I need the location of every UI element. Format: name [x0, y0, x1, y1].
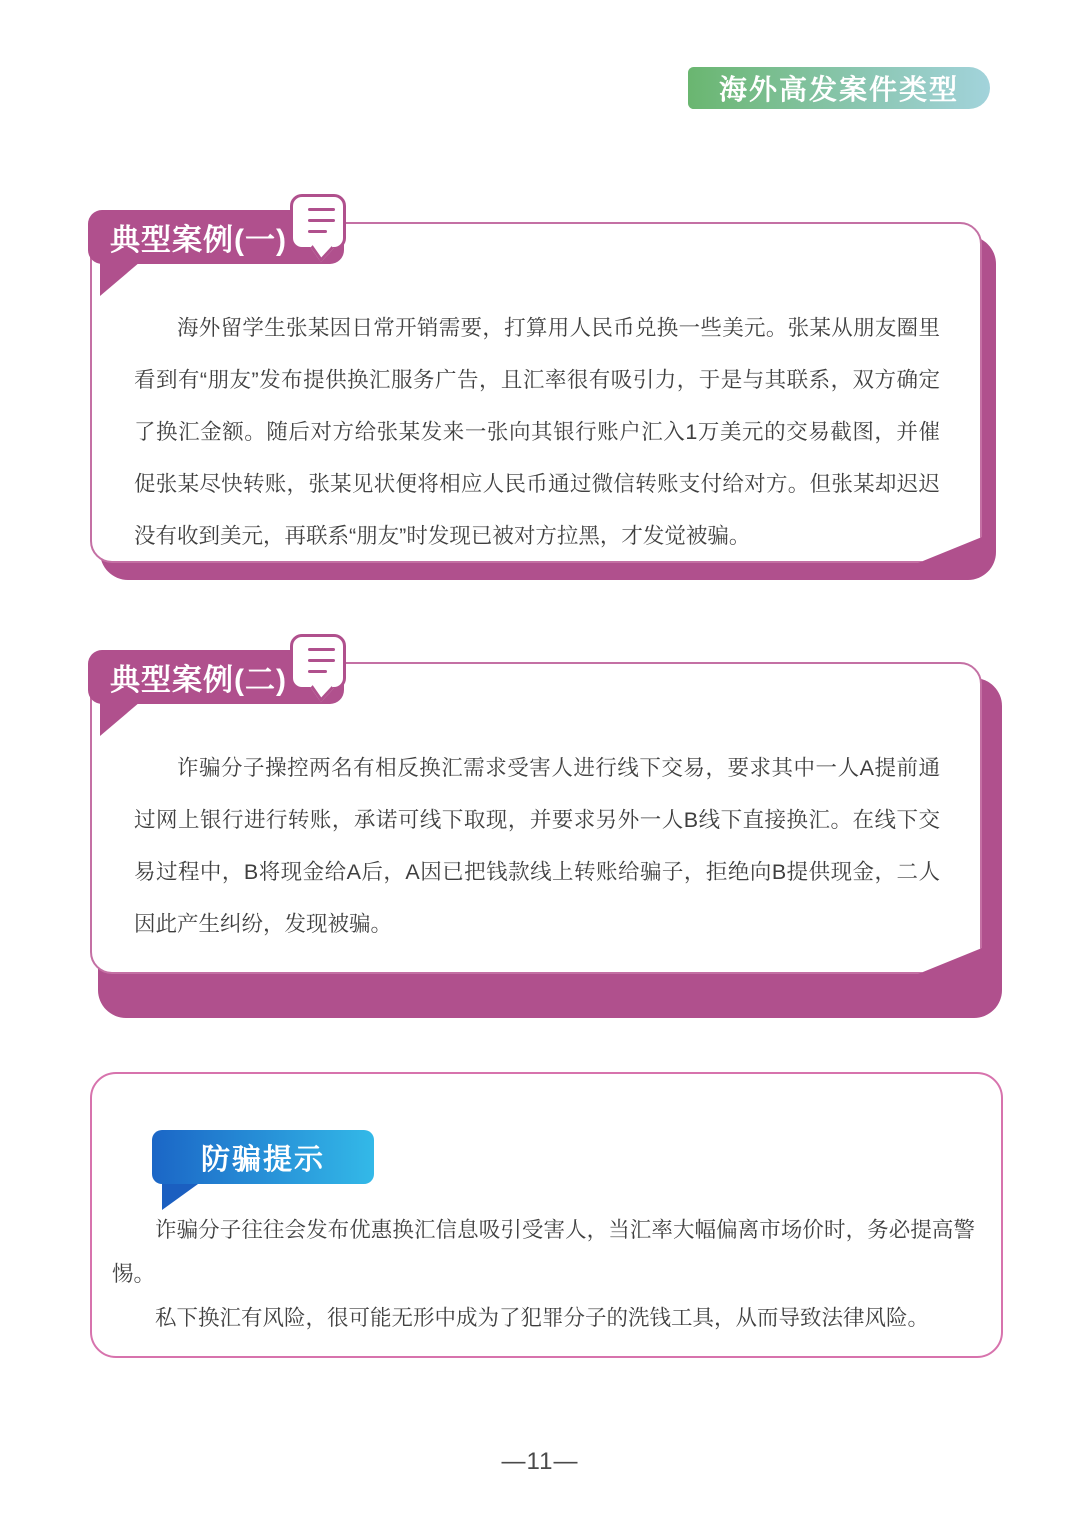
case-body-text: 诈骗分子操控两名有相反换汇需求受害人进行线下交易，要求其中一人A提前通过网上银行…	[134, 742, 940, 950]
chat-lines-icon	[290, 194, 346, 250]
page-container: 海外高发案件类型 海外留学生张某因日常开销需要，打算用人民币兑换一些美元。张某从…	[0, 0, 1080, 1517]
case-card-2: 诈骗分子操控两名有相反换汇需求受害人进行线下交易，要求其中一人A提前通过网上银行…	[90, 662, 982, 974]
header-badge-label: 海外高发案件类型	[719, 68, 959, 108]
case-card-1: 海外留学生张某因日常开销需要，打算用人民币兑换一些美元。张某从朋友圈里看到有“朋…	[90, 222, 982, 563]
tips-paragraph: 诈骗分子往往会发布优惠换汇信息吸引受害人，当汇率大幅偏离市场价时，务必提高警惕。	[112, 1208, 975, 1296]
tips-card: 防骗提示 诈骗分子往往会发布优惠换汇信息吸引受害人，当汇率大幅偏离市场价时，务必…	[90, 1072, 1003, 1358]
case-body-text: 海外留学生张某因日常开销需要，打算用人民币兑换一些美元。张某从朋友圈里看到有“朋…	[134, 302, 940, 562]
case-banner-1: 典型案例(一)	[88, 210, 344, 264]
case-banner-label: 典型案例(一)	[110, 215, 287, 259]
tips-paragraph: 私下换汇有风险，很可能无形中成为了犯罪分子的洗钱工具，从而导致法律风险。	[112, 1296, 975, 1340]
chat-lines-icon	[290, 634, 346, 690]
tips-text: 诈骗分子往往会发布优惠换汇信息吸引受害人，当汇率大幅偏离市场价时，务必提高警惕。…	[112, 1208, 975, 1340]
page-number: —11—	[0, 1448, 1080, 1476]
speech-tail	[162, 1184, 198, 1210]
case-banner-label: 典型案例(二)	[110, 655, 287, 699]
tips-banner: 防骗提示	[152, 1130, 374, 1184]
header-badge: 海外高发案件类型	[688, 67, 990, 109]
tips-banner-label: 防骗提示	[201, 1137, 325, 1178]
case-banner-2: 典型案例(二)	[88, 650, 344, 704]
